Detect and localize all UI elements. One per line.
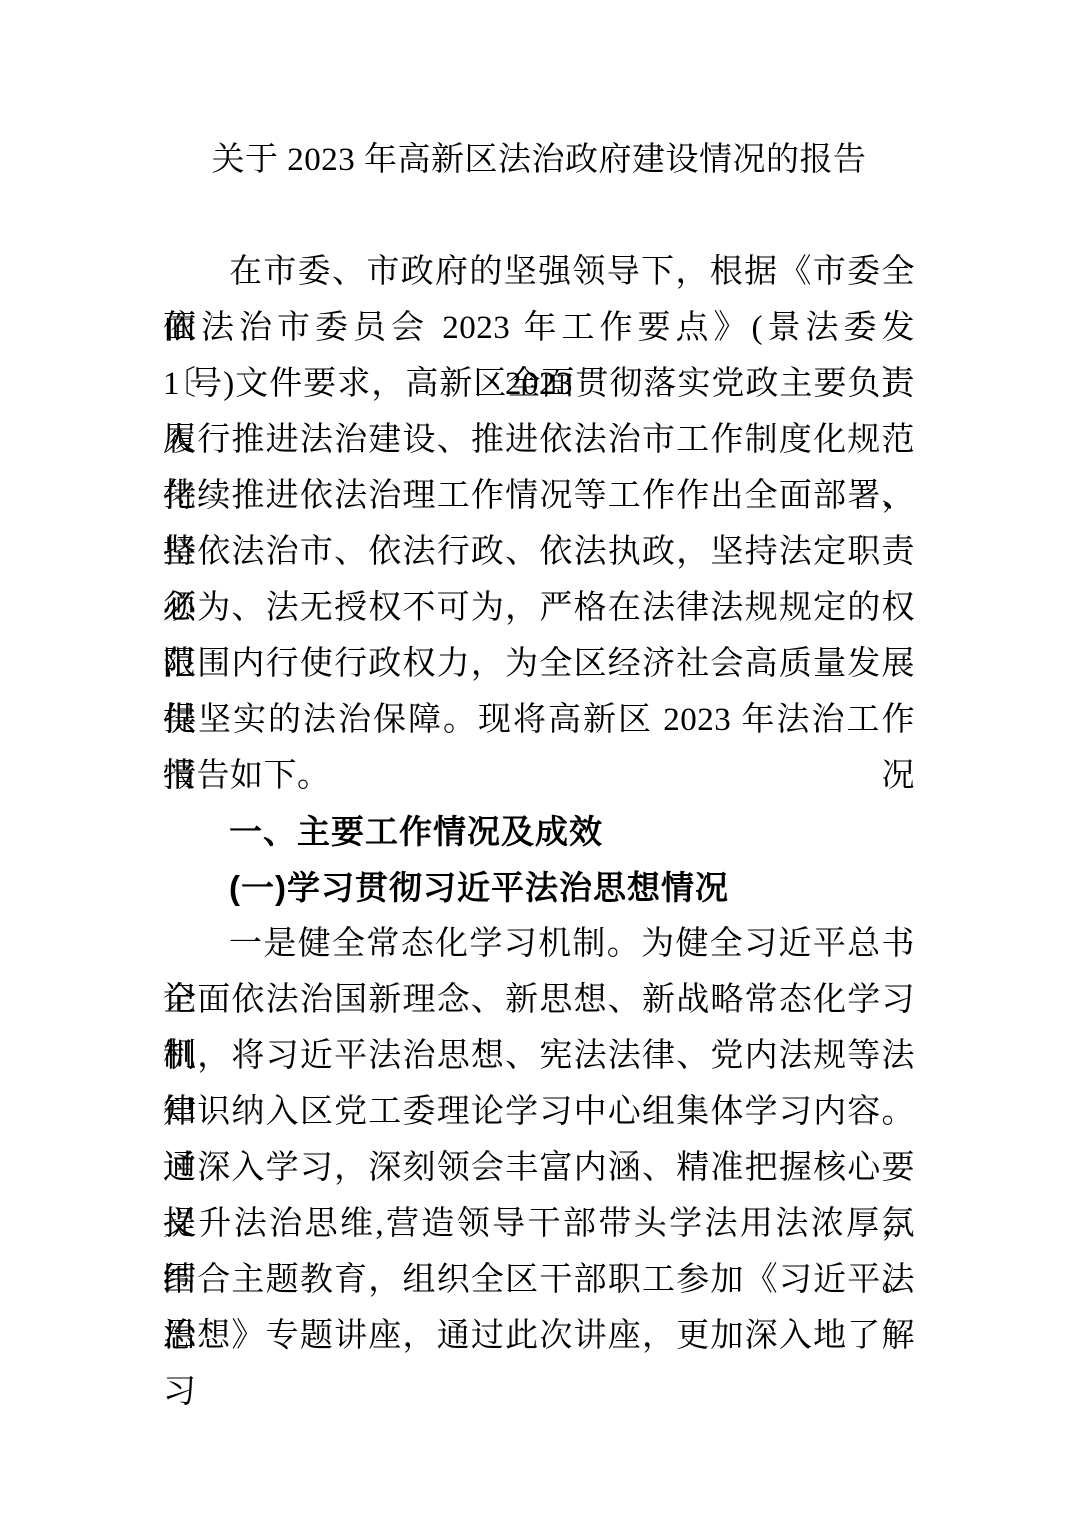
body-paragraph-line: 过深入学习，深刻领会丰富内涵、精准把握核心要义，: [163, 1140, 915, 1196]
intro-paragraph-line: 依法治市委员会 2023 年工作要点》(景法委发〔2023〕: [163, 300, 915, 356]
intro-paragraph-line: 在市委、市政府的坚强领导下，根据《市委全面: [163, 244, 915, 300]
body-paragraph-line: 知识纳入区党工委理论学习中心组集体学习内容。通: [163, 1084, 915, 1140]
body-paragraph-line: 思想》专题讲座，通过此次讲座，更加深入地了解习: [163, 1308, 915, 1364]
intro-paragraph-line: 范围内行使行政权力，为全区经济社会高质量发展提: [163, 636, 915, 692]
body-paragraph-line: 全面依法治国新理念、新思想、新战略常态化学习机: [163, 972, 915, 1028]
document-page: 关于 2023 年高新区法治政府建设情况的报告 在市委、市政府的坚强领导下，根据…: [0, 0, 1074, 1520]
intro-paragraph-line: 须为、法无授权不可为，严格在法律法规规定的权限: [163, 580, 915, 636]
body-paragraph-line: 提升法治思维,营造领导干部带头学法用法浓厚氛围。: [163, 1196, 915, 1252]
document-title: 关于 2023 年高新区法治政府建设情况的报告: [163, 132, 915, 188]
intro-paragraph-line: 1 号)文件要求，高新区全面贯彻落实党政主要负责人: [163, 356, 915, 412]
intro-paragraph-line: 持依法治市、依法行政、依法执政，坚持法定职责必: [163, 524, 915, 580]
section-heading: 一、主要工作情况及成效: [163, 804, 915, 860]
intro-paragraph-line: 持续推进依法治理工作情况等工作作出全面部署，坚: [163, 468, 915, 524]
blank-line-spacer: [163, 188, 915, 244]
intro-paragraph-line: 履行推进法治建设、推进依法治市工作制度化规范化、: [163, 412, 915, 468]
intro-paragraph-line: 供坚实的法治保障。现将高新区 2023 年法治工作情况: [163, 692, 915, 748]
document-content: 关于 2023 年高新区法治政府建设情况的报告 在市委、市政府的坚强领导下，根据…: [163, 132, 915, 1364]
body-paragraph-line: 制，将习近平法治思想、宪法法律、党内法规等法律: [163, 1028, 915, 1084]
body-paragraph-line: 一是健全常态化学习机制。为健全习近平总书记: [163, 916, 915, 972]
body-paragraph-line: 结合主题教育，组织全区干部职工参加《习近平法治: [163, 1252, 915, 1308]
subsection-heading: (一)学习贯彻习近平法治思想情况: [163, 860, 915, 916]
